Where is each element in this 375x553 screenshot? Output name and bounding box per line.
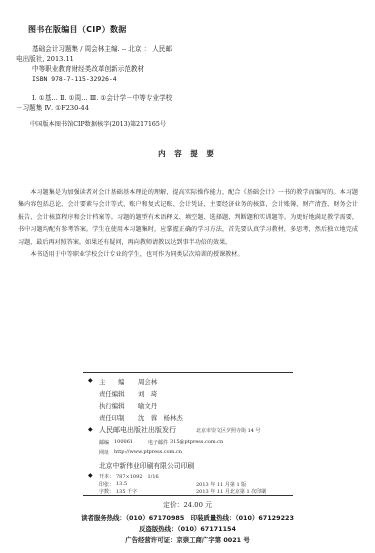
sheets: 13.5 xyxy=(116,481,127,487)
bottom-rule xyxy=(83,495,293,496)
email: 315@ptpress.com.cn xyxy=(170,439,223,445)
ad-license: 广告经营许可证：京崇工商广字第 0021 号 xyxy=(0,535,375,544)
abstract-paragraph-1: 本习题集是为加强读者对会计基础基本理论的理解，提高实际操作能力，配合《基础会计》… xyxy=(18,187,358,249)
cip-isbn: ISBN 978-7-115-32926-4 xyxy=(32,74,117,84)
postcode-label: 邮编 xyxy=(99,439,109,446)
chief-editor-label: 主 编 xyxy=(99,377,125,386)
cip-line-5: Ⅰ. ①基… Ⅱ. ①周… Ⅲ. ①会计学－中等专业学校 xyxy=(32,93,172,103)
website-label: 网址 xyxy=(99,449,109,456)
reader-hotline: 读者服务热线：（010）67170985 印装质量热线：（010）6712922… xyxy=(0,513,375,522)
format: 787×1092 1/16 xyxy=(116,473,159,480)
email-label: 电子邮件 xyxy=(148,439,168,446)
top-rule xyxy=(83,372,293,373)
price: 定价：24.00 元 xyxy=(0,499,375,509)
cip-line-3: 中等职业教育财经类改革创新示范教材 xyxy=(32,64,144,74)
postcode: 100061 xyxy=(114,439,133,445)
editor: 刘 琦 xyxy=(138,389,157,398)
edition: 2013 年 11 月第 1 版 xyxy=(196,481,246,488)
diamond-bullet-icon: ◆ xyxy=(88,426,93,433)
abstract-heading: 内 容 提 要 xyxy=(0,148,375,159)
printer: 北京中新伟业印刷有限公司印刷 xyxy=(99,460,194,470)
cip-record: 中国版本图书馆CIP数据核字(2013)第217165号 xyxy=(30,120,166,130)
cip-line-6: －习题集 Ⅳ. ①F230-44 xyxy=(16,103,89,113)
words: 135 千字 xyxy=(116,488,137,495)
format-label: 开本： xyxy=(99,473,114,480)
cip-line-2: 电出版社, 2013.11 xyxy=(16,54,74,64)
cip-title: 图书在版编目（CIP）数据 xyxy=(28,24,127,35)
abstract-paragraph-2: 本书适用于中等职业学校会计专业的学生，也可作为同类层次培训的授课教材。 xyxy=(18,249,358,261)
cip-line-1: 基础会计习题集 / 周会林主编. -- 北京 ： 人民邮 xyxy=(32,44,172,54)
diamond-bullet-icon: ◆ xyxy=(88,377,93,384)
words-label: 字数： xyxy=(99,488,114,495)
diamond-bullet-icon: ◆ xyxy=(88,472,93,479)
publisher-address: 北京市崇文区夕照寺街 14 号 xyxy=(196,427,261,434)
editor-label: 责任编辑 xyxy=(99,389,125,398)
print-supervisor: 沈 蓉 杨林杰 xyxy=(138,413,183,422)
print-label: 责任印制 xyxy=(99,413,125,422)
abstract-body: 本习题集是为加强读者对会计基础基本理论的理解，提高实际操作能力，配合《基础会计》… xyxy=(18,187,358,261)
printing: 2013 年 11 月北京第 1 次印刷 xyxy=(196,488,266,495)
antipiracy-hotline: 反盗版热线：（010）67171154 xyxy=(0,524,375,533)
chief-editor: 周会林 xyxy=(138,377,157,386)
exec-editor: 喻文丹 xyxy=(138,401,157,410)
website: http://www.ptpress.com.cn xyxy=(114,449,182,455)
sheets-label: 印张： xyxy=(99,481,114,488)
publisher: 人民邮电出版社出版发行 xyxy=(99,425,176,435)
exec-editor-label: 执行编辑 xyxy=(99,401,125,410)
